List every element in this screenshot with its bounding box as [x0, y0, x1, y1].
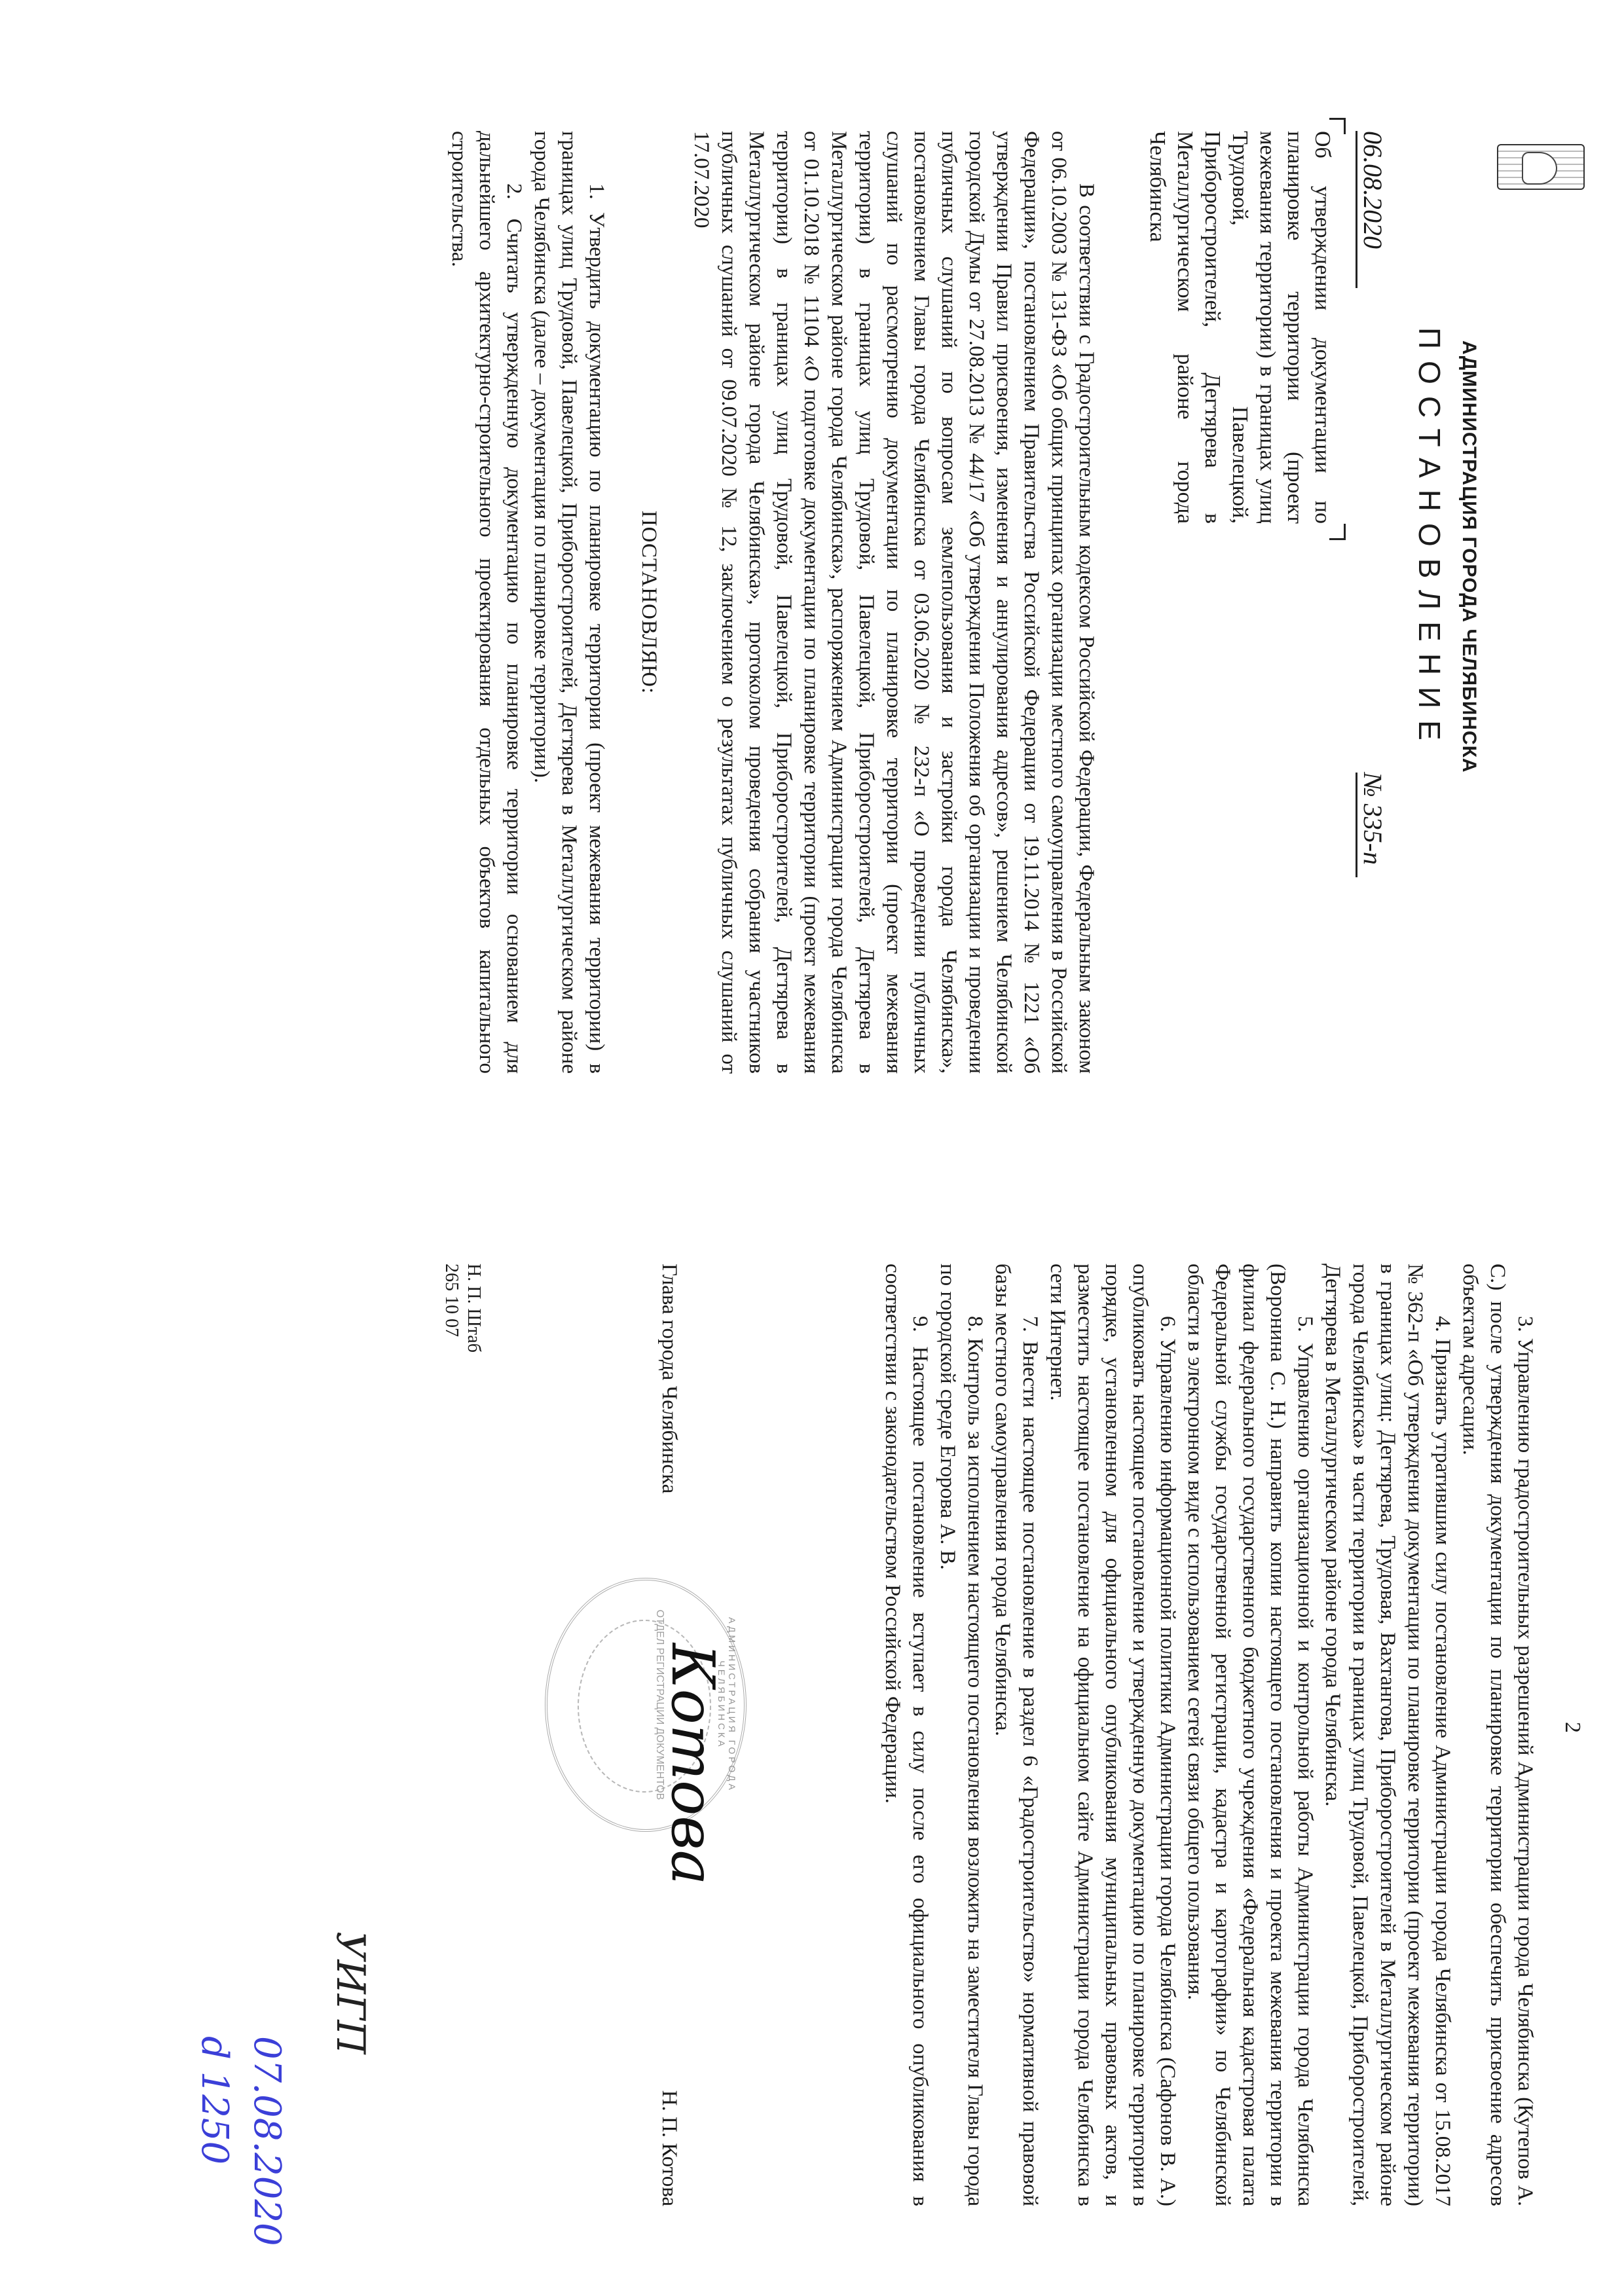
executor-info: Н. П. Штаб 265 10 07	[440, 1264, 485, 1353]
document-number: № 335-п	[1356, 773, 1388, 877]
handwritten-note-reference: d 1250	[193, 2036, 236, 2164]
clause-4: 4. Признать утратившим силу постановлени…	[1319, 1264, 1456, 2206]
clause-3: 3. Управлению градостроительных разрешен…	[1456, 1264, 1539, 2206]
signatory-title: Глава города Челябинска	[657, 1264, 681, 1493]
signatory-name: Н. П. Котова	[657, 2090, 681, 2206]
decree-word: ПОСТАНОВЛЯЮ:	[635, 131, 663, 1074]
document-subject: Об утверждении документации по планировк…	[1143, 131, 1336, 524]
document-date: 06.08.2020	[1356, 131, 1388, 288]
handwritten-note-black: УИГП	[327, 1931, 373, 2054]
handwritten-note-date: 07.08.2020	[246, 2036, 288, 2246]
preamble-paragraph: В соответствии с Градостроительным кодек…	[688, 131, 1100, 1074]
clause-2: 2. Считать утвержденную документацию по …	[445, 131, 528, 1074]
executor-phone: 265 10 07	[440, 1264, 462, 1353]
handwritten-signature: Котова	[658, 1643, 727, 1885]
subject-bracket-right	[1329, 524, 1346, 540]
coat-of-arms-icon	[1497, 144, 1585, 190]
clause-9: 9. Настоящее постановление вступает в си…	[879, 1264, 934, 2206]
document-type-heading: ПОСТАНОВЛЕНИЕ	[1412, 105, 1447, 1126]
organization-title: АДМИНИСТРАЦИЯ ГОРОДА ЧЕЛЯБИНСКА	[1458, 105, 1480, 1126]
clause-8: 8. Контроль за исполнением настоящего по…	[934, 1264, 989, 2206]
document-body-page-1: В соответствии с Градостроительным кодек…	[445, 131, 1100, 1074]
clause-5: 5. Управлению организационной и контроль…	[1181, 1264, 1319, 2206]
page-number: 2	[1560, 1722, 1585, 1733]
clause-1: 1. Утвердить документацию по планировке …	[528, 131, 610, 1074]
clause-6: 6. Управлению информационной политики Ад…	[1044, 1264, 1181, 2206]
document-page-1: АДМИНИСТРАЦИЯ ГОРОДА ЧЕЛЯБИНСКА ПОСТАНОВ…	[92, 105, 1598, 1126]
document-page-2: 2 3. Управлению градостроительных разреш…	[92, 1237, 1598, 2259]
executor-name: Н. П. Штаб	[462, 1264, 485, 1353]
document-body-page-2: 3. Управлению градостроительных разрешен…	[879, 1264, 1539, 2206]
clause-7: 7. Внести настоящее постановление в разд…	[989, 1264, 1044, 2206]
